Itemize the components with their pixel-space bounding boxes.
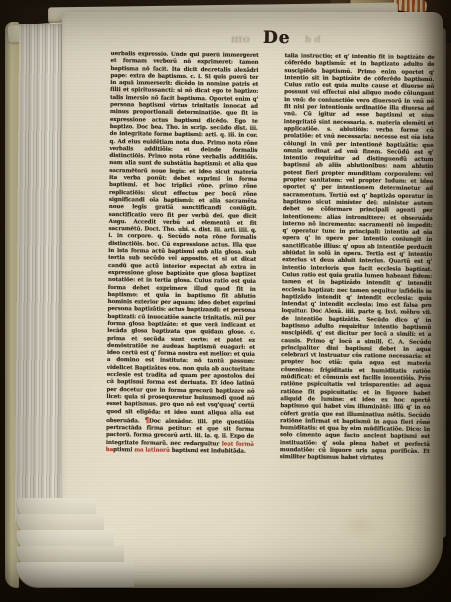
photo-background: { "page": { "running_title": "De", "show… bbox=[0, 0, 451, 602]
showthrough-text: b d bbox=[305, 35, 321, 45]
showthrough-text: om bbox=[231, 32, 250, 45]
running-title: De bbox=[263, 28, 291, 48]
column-segment: baptismi est indubitāda. bbox=[172, 448, 246, 455]
text-column-left: uerbalis expressio. Unde qui puerū immer… bbox=[105, 51, 258, 501]
page-stack-layer bbox=[16, 562, 134, 588]
text-block: om b d De uerbalis expressio. Unde qui p… bbox=[103, 26, 443, 516]
column-segment: uerbalis expressio. Unde qui puerū immer… bbox=[106, 51, 259, 424]
column-segment: talia instructio; et q' intentio fit in … bbox=[280, 53, 435, 462]
rubricated-text: ma latinorū bbox=[134, 447, 172, 453]
column-segment: ptismi bbox=[113, 447, 134, 453]
text-column-right: talia instructio; et q' intentio fit in … bbox=[279, 53, 434, 503]
